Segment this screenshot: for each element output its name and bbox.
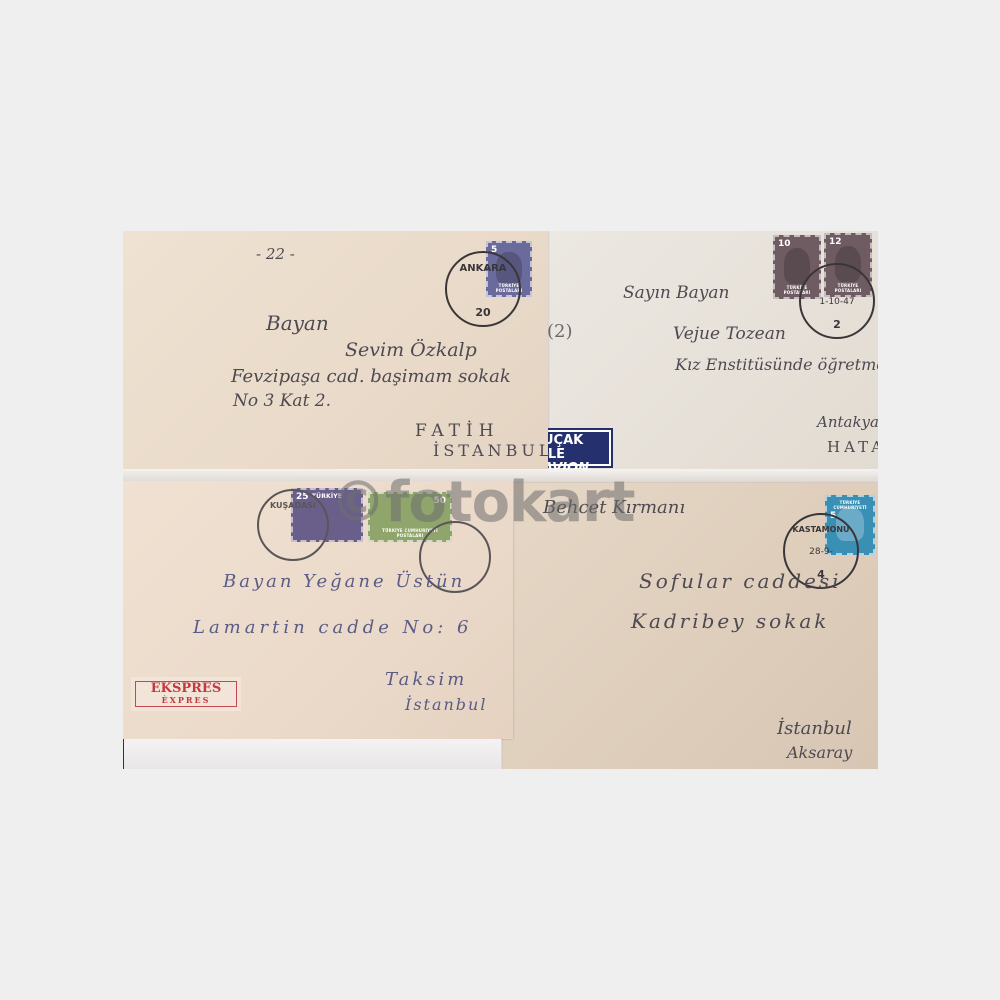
- envelope-number: (2): [547, 321, 573, 342]
- addressee-name: Sevim Özkalp: [345, 339, 477, 361]
- address-line: Kadribey sokak: [631, 609, 829, 633]
- postmark: 1-10-47 2: [799, 263, 875, 339]
- district: Taksim: [385, 669, 467, 690]
- address-line: Kız Enstitüsünde öğretmen: [675, 355, 878, 374]
- address-line: Sofular caddesi: [639, 569, 842, 593]
- addressee-title: Bayan: [266, 311, 329, 335]
- envelope-top-left: - 22 - 5 TÜRKİYE POSTALARI ANKARA 20 Bay…: [123, 231, 548, 471]
- city: İSTANBUL: [433, 441, 554, 460]
- city: Antakya: [817, 413, 878, 431]
- postmark: KUŞADASI: [257, 489, 329, 561]
- envelope-edge: [123, 739, 501, 769]
- city: İstanbul: [777, 718, 852, 739]
- district: FATİH: [415, 421, 500, 441]
- express-label: EKSPRES ÈXPRES: [131, 677, 241, 711]
- envelope-top-right: 10 TÜRKİYE POSTALARI 12 TÜRKİYE POSTALAR…: [541, 231, 878, 476]
- address-line: Fevzipaşa cad. başimam sokak: [231, 366, 511, 387]
- address-line: Lamartin cadde No: 6: [193, 617, 472, 638]
- city: İstanbul: [405, 695, 487, 714]
- address-line: No 3 Kat 2.: [233, 391, 331, 411]
- watermark: ©fotokart: [330, 470, 635, 535]
- postmark: ANKARA 20: [445, 251, 521, 327]
- addressee-name: Bayan Yeğane Üstün: [223, 571, 465, 592]
- district: Aksaray: [787, 743, 852, 762]
- province: HATAY: [827, 438, 878, 456]
- addressee-title: Sayın Bayan: [623, 283, 730, 303]
- envelope-number: - 22 -: [256, 245, 295, 263]
- addressee-name: Vejue Tozean: [673, 324, 786, 344]
